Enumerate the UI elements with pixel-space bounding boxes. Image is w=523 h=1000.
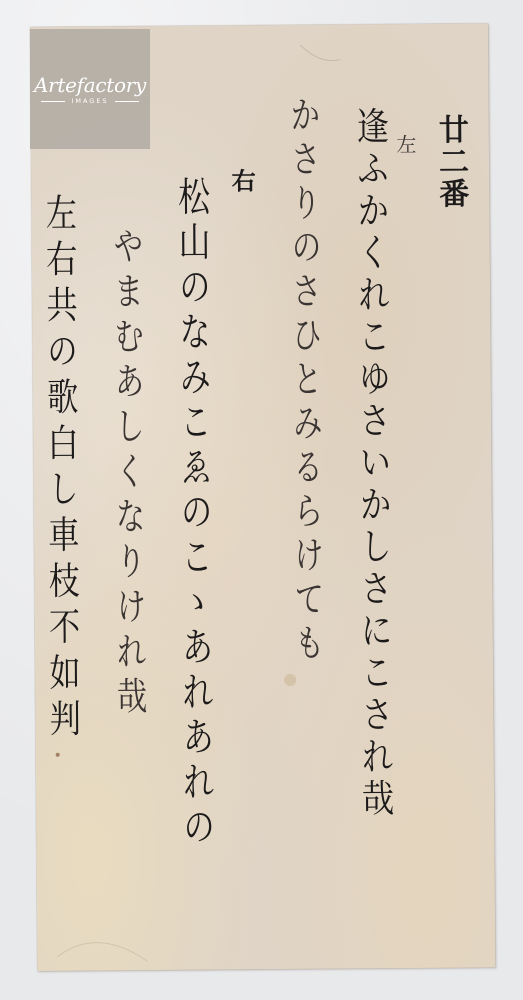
left-poem-line-2: かさりのさひとみるらけても <box>287 95 322 667</box>
left-marker: 左 <box>395 134 415 154</box>
divider-line <box>41 101 65 102</box>
left-poem-line-1: 逢ふかくれこゆさいかしさにこされ哉 <box>353 106 391 820</box>
round-number: 廿二番 <box>435 114 466 210</box>
right-marker: 右 <box>229 168 253 192</box>
right-poem-line-1: 松山のなみこゑのこゝあれあれの <box>175 176 212 851</box>
watermark-sub-label: IMAGES <box>71 97 108 105</box>
watermark-sub: IMAGES <box>30 97 150 105</box>
judgement-text: 左右共の歌白し車枝不如判 <box>43 193 78 745</box>
watermark-brand: Artefactory <box>30 73 150 97</box>
paper-stains <box>30 23 495 971</box>
calligraphy-paper: 廿二番 左 逢ふかくれこゆさいかしさにこされ哉 かさりのさひとみるらけても 右 … <box>30 23 495 971</box>
right-poem-line-2: やまむあしくなりけれ哉 <box>110 226 144 721</box>
watermark-logo: Artefactory IMAGES <box>30 29 150 149</box>
divider-line <box>115 101 139 102</box>
